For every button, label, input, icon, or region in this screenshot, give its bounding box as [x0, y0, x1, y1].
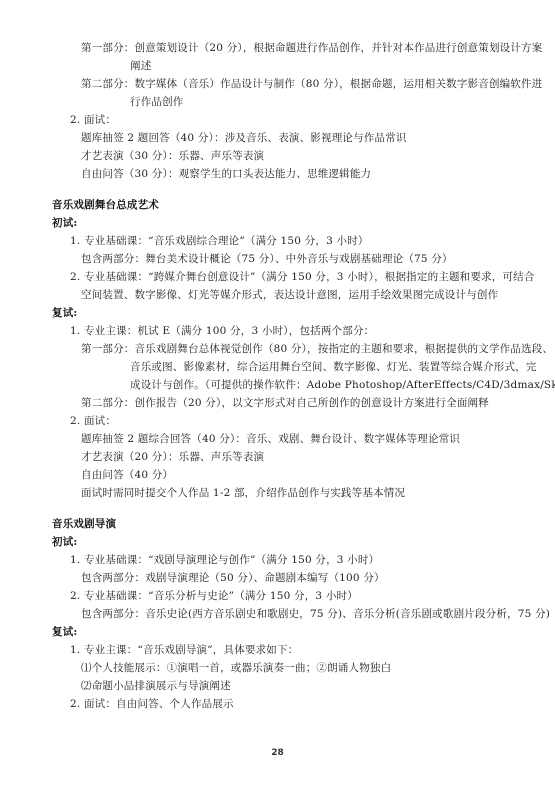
interview-item: 题库抽签 2 题回答（40 分）：涉及音乐、表演、影视理论与作品常识	[81, 131, 407, 145]
retest-sub-item: ⑵命题小品排演展示与导演阐述	[81, 679, 231, 693]
interview-item: 自由问答（30 分）：观察学生的口头表达能力、思维逻辑能力	[81, 167, 371, 181]
interview-item: 才艺表演（20 分）：乐器、声乐等表演	[81, 450, 264, 464]
retest-part1-wrap: 成设计与创作。（可提供的操作软件：Adobe Photoshop/AfterEf…	[130, 378, 555, 392]
retest-item: 1. 专业主课：“音乐戏剧导演”，具体要求如下：	[70, 643, 298, 657]
prelim-item: 1. 专业基础课：“戏剧导演理论与创作”（满分 150 分，3 小时）	[70, 553, 379, 567]
interview-item: 自由问答（40 分）	[81, 468, 173, 482]
interview-title: 2. 面试：	[70, 113, 116, 127]
interview-item: 才艺表演（30 分）：乐器、声乐等表演	[81, 149, 264, 163]
part-text: 创意策划设计（20 分），根据命题进行作品创作，并针对本作品进行创意策划设计方案	[135, 42, 543, 54]
document-page: 第一部分：创意策划设计（20 分），根据命题进行作品创作，并针对本作品进行创意策…	[0, 0, 555, 786]
retest-part1-line: 第一部分：音乐戏剧舞台总体视觉创作（80 分），按指定的主题和要求，根据提供的文…	[81, 342, 553, 356]
part-label: 第二部分：	[81, 78, 135, 90]
interview-title: 2. 面试：	[70, 414, 116, 428]
prelim-item-wrap: 空间装置、数字影像、灯光等媒介形式，表达设计意图，运用手绘效果图完成设计与创作	[81, 288, 498, 302]
part-label: 第一部分：	[81, 343, 135, 355]
prelim-item-detail: 包含两部分：戏剧导演理论（50 分）、命题剧本编写（100 分）	[81, 571, 385, 585]
page-number: 28	[0, 748, 555, 758]
interview-item: 面试时需同时提交个人作品 1-2 部，介绍作品创作与实践等基本情况	[81, 486, 405, 500]
prelim-item-detail: 包含两部分：舞台美术设计概论（75 分）、中外音乐与戏剧基础理论（75 分）	[81, 252, 453, 266]
part-label: 第一部分：	[81, 42, 135, 54]
retest-label: 复试:	[52, 625, 77, 639]
retest-item: 1. 专业主课：机试 E（满分 100 分，3 小时），包括两个部分：	[70, 324, 374, 338]
prelim-label: 初试:	[52, 216, 77, 230]
part-text: 数字媒体（音乐）作品设计与制作（80 分），根据命题，运用相关数字影音创编软件进	[135, 78, 543, 90]
prelim-item: 1. 专业基础课：“音乐戏剧综合理论”（满分 150 分，3 小时）	[70, 234, 369, 248]
part-text: 音乐戏剧舞台总体视觉创作（80 分），按指定的主题和要求，根据提供的文学作品选段…	[135, 343, 554, 355]
section-title-stage: 音乐戏剧舞台总成艺术	[52, 198, 159, 212]
prelim-item: 2. 专业基础课：“跨媒介舞台创意设计”（满分 150 分，3 小时），根据指定…	[70, 270, 535, 284]
prelim-label: 初试:	[52, 535, 77, 549]
prelim-item: 2. 专业基础课：“音乐分析与史论”（满分 150 分，3 小时）	[70, 589, 358, 603]
interview-item: 题库抽签 2 题综合回答（40 分）：音乐、戏剧、舞台设计、数字媒体等理论常识	[81, 432, 460, 446]
retest-sub-item: ⑴个人技能展示：①演唱一首，或器乐演奏一曲；②朗诵人物独白	[81, 661, 391, 675]
retest-item: 2. 面试：自由问答、个人作品展示	[70, 697, 234, 711]
retest-part1-wrap: 音乐或图、影像素材，综合运用舞台空间、数字影像、灯光、装置等综合媒介形式，完	[130, 360, 537, 374]
retest-label: 复试:	[52, 306, 77, 320]
part2-line-wrap: 行作品创作	[130, 95, 184, 109]
part1-line: 第一部分：创意策划设计（20 分），根据命题进行作品创作，并针对本作品进行创意策…	[81, 41, 542, 55]
part2-line: 第二部分：数字媒体（音乐）作品设计与制作（80 分），根据命题，运用相关数字影音…	[81, 77, 542, 91]
section-title-director: 音乐戏剧导演	[52, 517, 116, 531]
prelim-item-detail: 包含两部分：音乐史论(西方音乐剧史和歌剧史，75 分)、音乐分析(音乐剧或歌剧片…	[81, 607, 550, 621]
retest-part2-line: 第二部分：创作报告（20 分），以文字形式对自己所创作的创意设计方案进行全面阐释	[81, 396, 489, 410]
part1-line-wrap: 阐述	[130, 59, 151, 73]
